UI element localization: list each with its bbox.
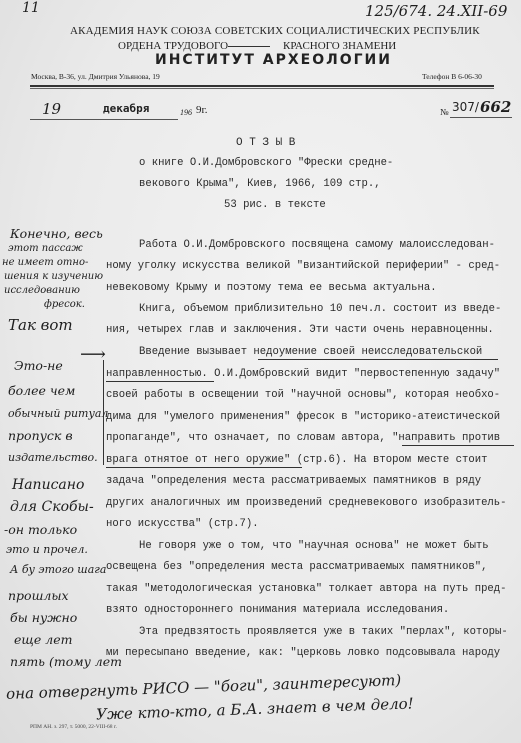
body-line: других аналогичных им произведений средн… xyxy=(106,497,507,509)
body-line: пропаганде", что означает, по словам авт… xyxy=(106,432,500,444)
corner-mark: 11 xyxy=(22,0,40,16)
margin-note: пропуск в xyxy=(8,430,73,443)
margin-note: шения к изучению xyxy=(4,272,103,282)
margin-note: обычный ритуал xyxy=(8,408,108,419)
date-day: 19 xyxy=(42,100,61,118)
body-line: ного искусства" (стр.7). xyxy=(106,518,259,530)
margin-note: более чем xyxy=(8,385,75,398)
review-subtitle-1: о книге О.И.Домбровского "Фрески средне- xyxy=(139,157,393,169)
body-line: Работа О.И.Домбровского посвящена самому… xyxy=(139,239,495,251)
date-year-suffix: 9г. xyxy=(196,104,208,116)
date-month: декабря xyxy=(103,102,149,115)
letterhead-divider xyxy=(228,46,270,47)
margin-note: Написано xyxy=(12,478,84,492)
margin-note: не имеет отно- xyxy=(2,258,88,268)
archive-mark: 125/674. 24.XII-69 xyxy=(365,2,507,20)
doc-number-line xyxy=(450,117,512,118)
body-line: Книга, объемом приблизительно 10 печ.л. … xyxy=(139,303,501,315)
review-title: О Т З Ы В xyxy=(236,137,295,149)
letterhead-rule-thin xyxy=(30,88,494,89)
body-line: Не говоря уже о том, что "научная основа… xyxy=(139,540,489,552)
institute-phone: Телефон В 6-06-30 xyxy=(422,72,482,81)
margin-note: еще лет xyxy=(14,634,73,647)
review-subtitle-3: 53 рис. в тексте xyxy=(224,199,326,211)
institute-address: Москва, В-36, ул. Дмитрия Ульянова, 19 xyxy=(31,72,160,81)
margin-note: прошлых xyxy=(8,590,69,603)
arrow-mark: ⟶ xyxy=(80,344,106,365)
footer-print-mark: РПМ АН. з. 297, т. 5000, 22-VIII-68 г. xyxy=(30,724,117,730)
body-line: взято одностороннего понимания материала… xyxy=(106,604,449,616)
margin-note: пять (тому лет xyxy=(10,656,122,669)
letterhead-order-right: КРАСНОГО ЗНАМЕНИ xyxy=(283,40,396,52)
margin-note: Конечно, весь xyxy=(10,228,103,241)
margin-note: исследованию xyxy=(4,286,80,296)
bottom-note: Уже кто-кто, а Б.А. знает в чем дело! xyxy=(96,694,414,723)
margin-note: А бу этого шага xyxy=(10,564,106,575)
margin-note: -он только xyxy=(4,524,77,537)
underline-mark xyxy=(106,381,214,382)
margin-note: издательство. xyxy=(8,452,98,463)
body-line: Эта предвзятость проявляется уже в таких… xyxy=(139,626,508,638)
margin-note: Так вот xyxy=(8,318,73,333)
date-day-line xyxy=(30,119,178,120)
underline-mark xyxy=(402,445,514,446)
letterhead-order-left: ОРДЕНА ТРУДОВОГО xyxy=(118,40,228,52)
body-line: врага отнятое от него оружие" (стр.6). Н… xyxy=(106,454,487,466)
body-line: такая "методологическая установка" толка… xyxy=(106,583,507,595)
body-line: задача "определения места рассматриваемы… xyxy=(106,475,481,487)
underline-mark xyxy=(258,359,498,360)
body-line: своей работы в освещении той "научной ос… xyxy=(106,389,500,401)
margin-note: это и прочел. xyxy=(6,544,88,555)
document-page: 11 125/674. 24.XII-69 АКАДЕМИЯ НАУК СОЮЗ… xyxy=(0,0,521,743)
body-line: дима для "умелого применения" фресок в "… xyxy=(106,411,500,423)
margin-note: этот пассаж xyxy=(8,244,83,254)
margin-note: Это-не xyxy=(14,360,63,373)
body-line: невековому Крыму и поэтому тема ее весьм… xyxy=(106,282,437,294)
letterhead-academy: АКАДЕМИЯ НАУК СОЮЗА СОВЕТСКИХ СОЦИАЛИСТИ… xyxy=(70,25,480,37)
body-line: освещена без "определения места рассматр… xyxy=(106,561,487,573)
letterhead-rule xyxy=(30,85,494,87)
date-year-prefix: 196 xyxy=(180,108,192,117)
underline-mark xyxy=(106,467,302,468)
body-line: направленностью. О.И.Домбровский видит "… xyxy=(106,368,500,380)
body-line: ному уголку искусства великой "византийс… xyxy=(106,260,500,272)
institute-name: ИНСТИТУТ АРХЕОЛОГИИ xyxy=(155,52,392,68)
doc-number-typed: 307/ xyxy=(452,100,479,114)
margin-note: для Скобы- xyxy=(10,500,94,514)
margin-note: фресок. xyxy=(44,300,85,310)
body-line: ния, четырех глав и заключения. Эти част… xyxy=(106,324,494,336)
review-subtitle-2: векового Крыма", Киев, 1966, 109 стр., xyxy=(139,178,381,190)
body-line: Введение вызывает недоумение своей неисс… xyxy=(139,346,482,358)
doc-number-handwritten: 662 xyxy=(480,98,511,116)
body-line: ми пересыпано введение, как: "церковь ло… xyxy=(106,647,500,659)
margin-note: бы нужно xyxy=(10,612,77,625)
doc-number-prefix: № xyxy=(440,107,449,117)
